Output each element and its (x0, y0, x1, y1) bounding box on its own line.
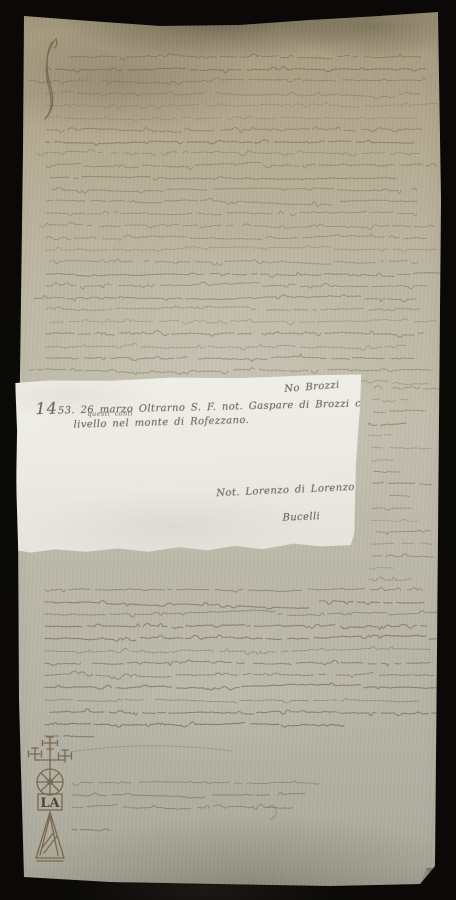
slip-notary-line: Not. Lorenzo di Lorenzo (216, 482, 355, 499)
photo-background: LA No Brozzi 1453. 26 marzo Oltrarno S. … (0, 0, 456, 900)
folded-corner (414, 860, 444, 890)
slip-notary-surname: Bucelli (282, 511, 320, 524)
slip-interline-note: questi conti (87, 410, 133, 418)
notary-signum-icon: LA (26, 736, 86, 864)
signum-letters: LA (40, 796, 60, 811)
slip-year-big: 14 (35, 399, 58, 419)
archivist-slip: No Brozzi 1453. 26 marzo Oltrarno S. F. … (15, 374, 363, 553)
